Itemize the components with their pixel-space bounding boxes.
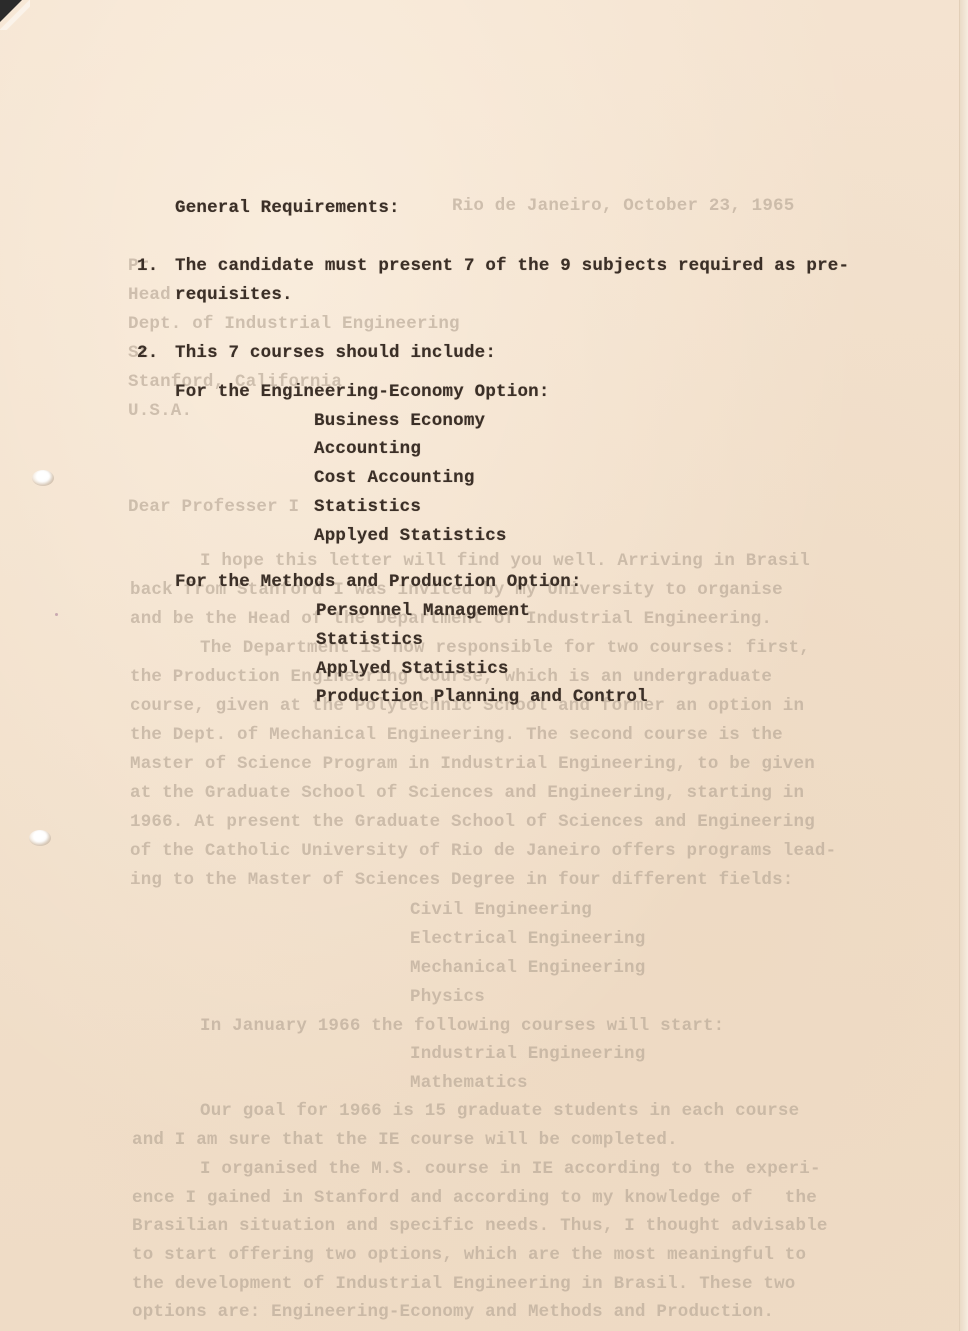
- section-heading: General Requirements:: [175, 198, 400, 218]
- item-text: This 7 courses should include:: [175, 343, 496, 363]
- option-title: For the Methods and Production Option:: [175, 572, 582, 592]
- ghost-closing-line: the development of Industrial Engineerin…: [132, 1274, 796, 1294]
- option-course: Applyed Statistics: [314, 526, 507, 546]
- page-edge: [959, 0, 968, 1331]
- ghost-paragraph-line: 1966. At present the Graduate School of …: [130, 812, 815, 832]
- ghost-closing-line: I organised the M.S. course in IE accord…: [200, 1159, 821, 1179]
- ghost-closing-line: to start offering two options, which are…: [132, 1245, 806, 1265]
- option-course: Cost Accounting: [314, 468, 475, 488]
- ghost-paragraph-line: at the Graduate School of Sciences and E…: [130, 783, 804, 803]
- punch-hole-top: [32, 470, 54, 486]
- option-course: Accounting: [314, 439, 421, 459]
- option-course: Applyed Statistics: [316, 659, 509, 679]
- folded-corner-highlight: [0, 0, 30, 30]
- item-text: requisites.: [175, 285, 293, 305]
- ghost-paragraph-line: of the Catholic University of Rio de Jan…: [130, 841, 836, 861]
- ghost-address-line: Dept. of Industrial Engineering: [128, 314, 460, 334]
- scanned-page: Rio de Janeiro, October 23, 1965 Pr Head…: [0, 0, 968, 1331]
- ghost-address-line: Head: [128, 285, 171, 305]
- ghost-closing-line: and I am sure that the IE course will be…: [132, 1130, 678, 1150]
- item-number: 2.: [137, 343, 158, 363]
- ghost-field: Electrical Engineering: [410, 929, 645, 949]
- ghost-january-line: In January 1966 the following courses wi…: [200, 1016, 724, 1036]
- ghost-field: Physics: [410, 987, 485, 1007]
- ghost-paragraph-line: ing to the Master of Sciences Degree in …: [130, 870, 794, 890]
- punch-hole-bottom: [29, 830, 51, 846]
- option-course: Personnel Management: [316, 601, 530, 621]
- item-number: 1.: [137, 256, 158, 276]
- ghost-closing-line: ence I gained in Stanford and according …: [132, 1188, 817, 1208]
- option-course: Statistics: [314, 497, 421, 517]
- ghost-closing-line: Our goal for 1966 is 15 graduate student…: [200, 1101, 799, 1121]
- option-course: Statistics: [316, 630, 423, 650]
- ghost-new-course: Mathematics: [410, 1073, 528, 1093]
- ghost-field: Civil Engineering: [410, 900, 592, 920]
- ghost-closing-line: Brasilian situation and specific needs. …: [132, 1216, 828, 1236]
- ghost-date-line: Rio de Janeiro, October 23, 1965: [452, 196, 794, 216]
- ghost-closing-line: options are: Engineering-Economy and Met…: [132, 1302, 774, 1322]
- ghost-new-course: Industrial Engineering: [410, 1044, 645, 1064]
- ghost-field: Mechanical Engineering: [410, 958, 645, 978]
- ghost-salutation: Dear Professer I: [128, 497, 299, 517]
- ghost-address-line: U.S.A.: [128, 401, 192, 421]
- item-text: The candidate must present 7 of the 9 su…: [175, 256, 849, 276]
- ghost-paragraph-line: the Dept. of Mechanical Engineering. The…: [130, 725, 783, 745]
- ghost-paragraph-line: Master of Science Program in Industrial …: [130, 754, 815, 774]
- option-course: Business Economy: [314, 411, 485, 431]
- ghost-paragraph-line: I hope this letter will find you well. A…: [200, 551, 810, 571]
- ghost-paragraph-line: The Department is now responsible for tw…: [200, 638, 810, 658]
- ink-speck: [55, 613, 58, 616]
- option-title: For the Engineering-Economy Option:: [175, 382, 550, 402]
- option-course: Production Planning and Control: [316, 687, 648, 707]
